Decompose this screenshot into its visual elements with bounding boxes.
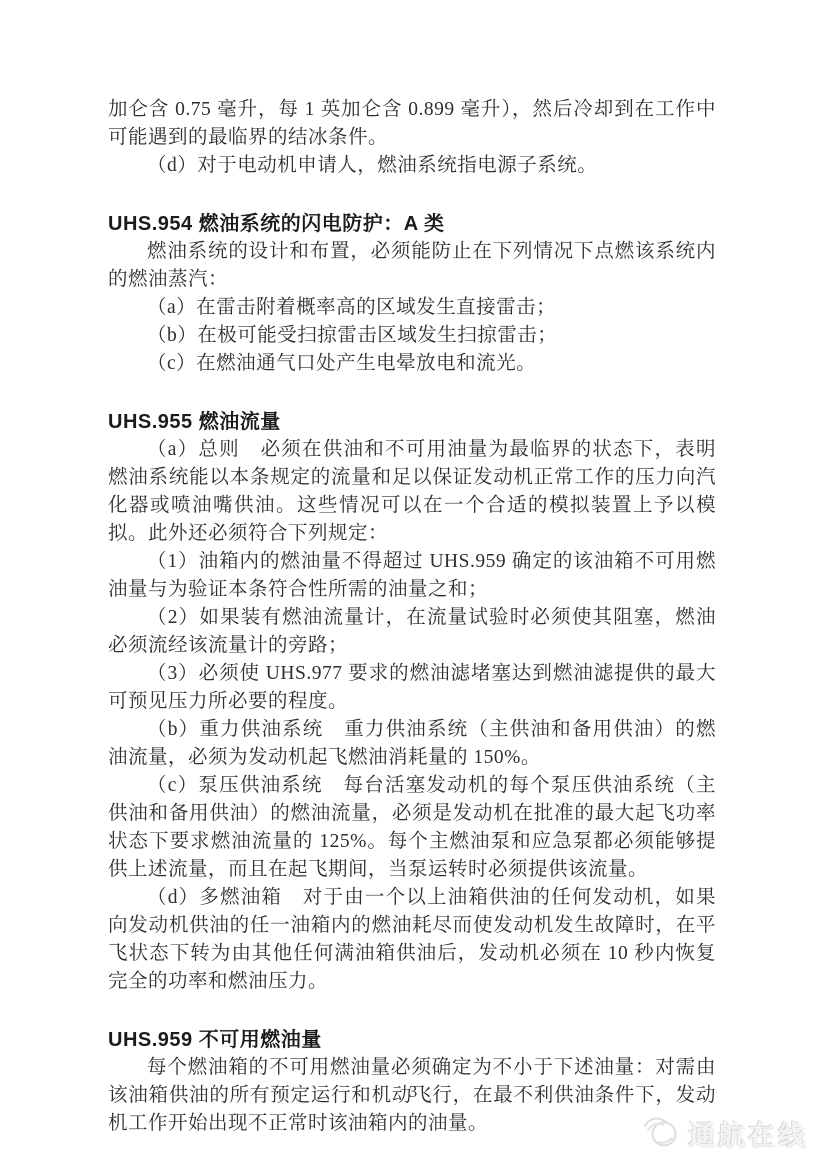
paragraph-item-d: （d）多燃油箱 对于由一个以上油箱供油的任何发动机，如果向发动机供油的任一油箱内… bbox=[108, 884, 716, 996]
section-heading: UHS.954 燃油系统的闪电防护：A 类 bbox=[108, 210, 716, 238]
paragraph-item-a: （a）在雷击附着概率高的区域发生直接雷击； bbox=[108, 294, 716, 322]
paragraph-item-a: （a）总则 必须在供油和不可用油量为最临界的状态下，表明燃油系统能以本条规定的流… bbox=[108, 436, 716, 548]
watermark-label: 通航在线 bbox=[688, 1114, 808, 1153]
paragraph-item-2: （2）如果装有燃油流量计，在流量试验时必须使其阻塞，燃油必须流经该流量计的旁路； bbox=[108, 604, 716, 660]
paragraph-item-c: （c）在燃油通气口处产生电晕放电和流光。 bbox=[108, 350, 716, 378]
paragraph-item-b: （b）在极可能受扫掠雷击区域发生扫掠雷击； bbox=[108, 322, 716, 350]
section-uhs-955: UHS.955 燃油流量 （a）总则 必须在供油和不可用油量为最临界的状态下，表… bbox=[108, 408, 716, 996]
paragraph-item-c: （c）泵压供油系统 每台活塞发动机的每个泵压供油系统（主供油和备用供油）的燃油流… bbox=[108, 772, 716, 884]
paragraph-item-b: （b）重力供油系统 重力供油系统（主供油和备用供油）的燃油流量，必须为发动机起飞… bbox=[108, 716, 716, 772]
page-content: 加仑含 0.75 毫升，每 1 英加仑含 0.899 毫升），然后冷却到在工作中… bbox=[108, 96, 716, 1138]
document-page: 加仑含 0.75 毫升，每 1 英加仑含 0.899 毫升），然后冷却到在工作中… bbox=[0, 0, 826, 1169]
paragraph-item-d: （d）对于电动机申请人，燃油系统指电源子系统。 bbox=[108, 152, 716, 180]
paragraph: 燃油系统的设计和布置，必须能防止在下列情况下点燃该系统内的燃油蒸汽： bbox=[108, 238, 716, 294]
paragraph-item-1: （1）油箱内的燃油量不得超过 UHS.959 确定的该油箱不可用燃油量与为验证本… bbox=[108, 548, 716, 604]
section-uhs-954: UHS.954 燃油系统的闪电防护：A 类 燃油系统的设计和布置，必须能防止在下… bbox=[108, 210, 716, 378]
watermark: 通航在线 bbox=[642, 1114, 808, 1153]
section-heading: UHS.955 燃油流量 bbox=[108, 408, 716, 436]
bird-in-circle-logo-icon bbox=[642, 1114, 680, 1153]
section-heading: UHS.959 不可用燃油量 bbox=[108, 1026, 716, 1054]
page-number: 3 bbox=[0, 1082, 826, 1102]
paragraph-continuation: 加仑含 0.75 毫升，每 1 英加仑含 0.899 毫升），然后冷却到在工作中… bbox=[108, 96, 716, 152]
paragraph-item-3: （3）必须使 UHS.977 要求的燃油滤堵塞达到燃油滤提供的最大可预见压力所必… bbox=[108, 660, 716, 716]
